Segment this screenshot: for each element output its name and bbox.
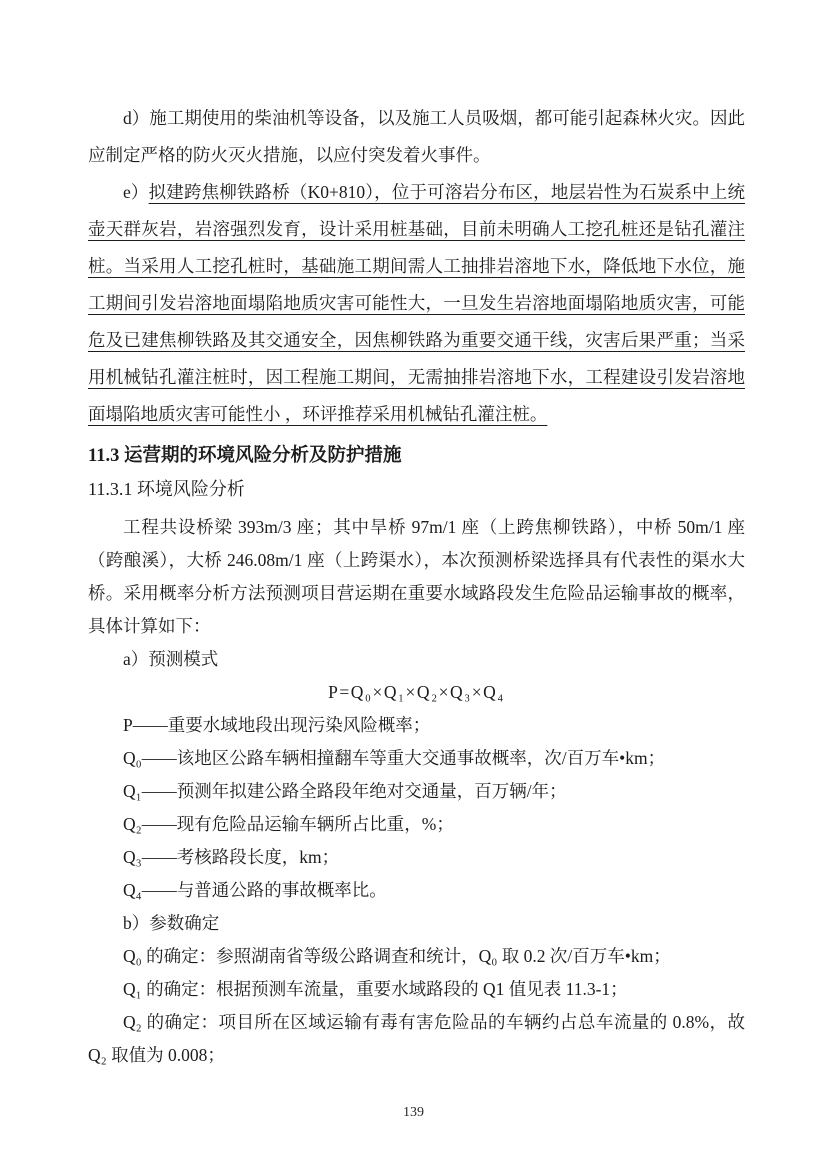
heading-11-3: 11.3 运营期的环境风险分析及防护措施	[88, 443, 745, 469]
paragraph-e-label: e）	[123, 182, 149, 202]
page-number: 139	[0, 1105, 827, 1121]
paragraph-d: d）施工期使用的柴油机等设备，以及施工人员吸烟，都可能引起森林火灾。因此应制定严…	[88, 100, 745, 174]
document-page: d）施工期使用的柴油机等设备，以及施工人员吸烟，都可能引起森林火灾。因此应制定严…	[0, 0, 827, 1169]
paragraph-e: e）拟建跨焦柳铁路桥（K0+810），位于可溶岩分布区，地层岩性为石炭系中上统壶…	[88, 174, 745, 433]
section-risk-analysis: 工程共设桥梁 393m/3 座；其中旱桥 97m/1 座（上跨焦柳铁路），中桥 …	[88, 511, 745, 1072]
section-construction-risk: d）施工期使用的柴油机等设备，以及施工人员吸烟，都可能引起森林火灾。因此应制定严…	[88, 100, 745, 433]
definition-line-p: P——重要水域地段出现污染风险概率；	[88, 709, 745, 742]
item-b-label: b）参数确定	[88, 907, 745, 940]
param-q2-line: Q₂ 的确定：项目所在区域运输有毒有害危险品的车辆约占总车流量的 0.8%，故Q…	[88, 1006, 745, 1072]
definition-line-q2: Q₂——现有危险品运输车辆所占比重，%；	[88, 808, 745, 841]
param-q0-line: Q₀ 的确定：参照湖南省等级公路调查和统计，Q₀ 取 0.2 次/百万车•km；	[88, 940, 745, 973]
probability-formula: P=Q₀×Q₁×Q₂×Q₃×Q₄	[88, 676, 745, 709]
paragraph-e-underlined-text: 拟建跨焦柳铁路桥（K0+810），位于可溶岩分布区，地层岩性为石炭系中上统壶天群…	[88, 182, 745, 424]
definition-line-q4: Q₄——与普通公路的事故概率比。	[88, 874, 745, 907]
param-q1-line: Q₁ 的确定：根据预测车流量，重要水域路段的 Q1 值见表 11.3-1；	[88, 973, 745, 1006]
document-content: d）施工期使用的柴油机等设备，以及施工人员吸烟，都可能引起森林火灾。因此应制定严…	[0, 0, 827, 1072]
paragraph-bridges: 工程共设桥梁 393m/3 座；其中旱桥 97m/1 座（上跨焦柳铁路），中桥 …	[88, 511, 745, 643]
definition-line-q1: Q₁——预测年拟建公路全路段年绝对交通量，百万辆/年；	[88, 775, 745, 808]
definition-line-q0: Q₀——该地区公路车辆相撞翻车等重大交通事故概率，次/百万车•km；	[88, 742, 745, 775]
definition-line-q3: Q₃——考核路段长度，km；	[88, 841, 745, 874]
item-a-label: a）预测模式	[88, 643, 745, 676]
heading-11-3-1: 11.3.1 环境风险分析	[88, 477, 745, 501]
